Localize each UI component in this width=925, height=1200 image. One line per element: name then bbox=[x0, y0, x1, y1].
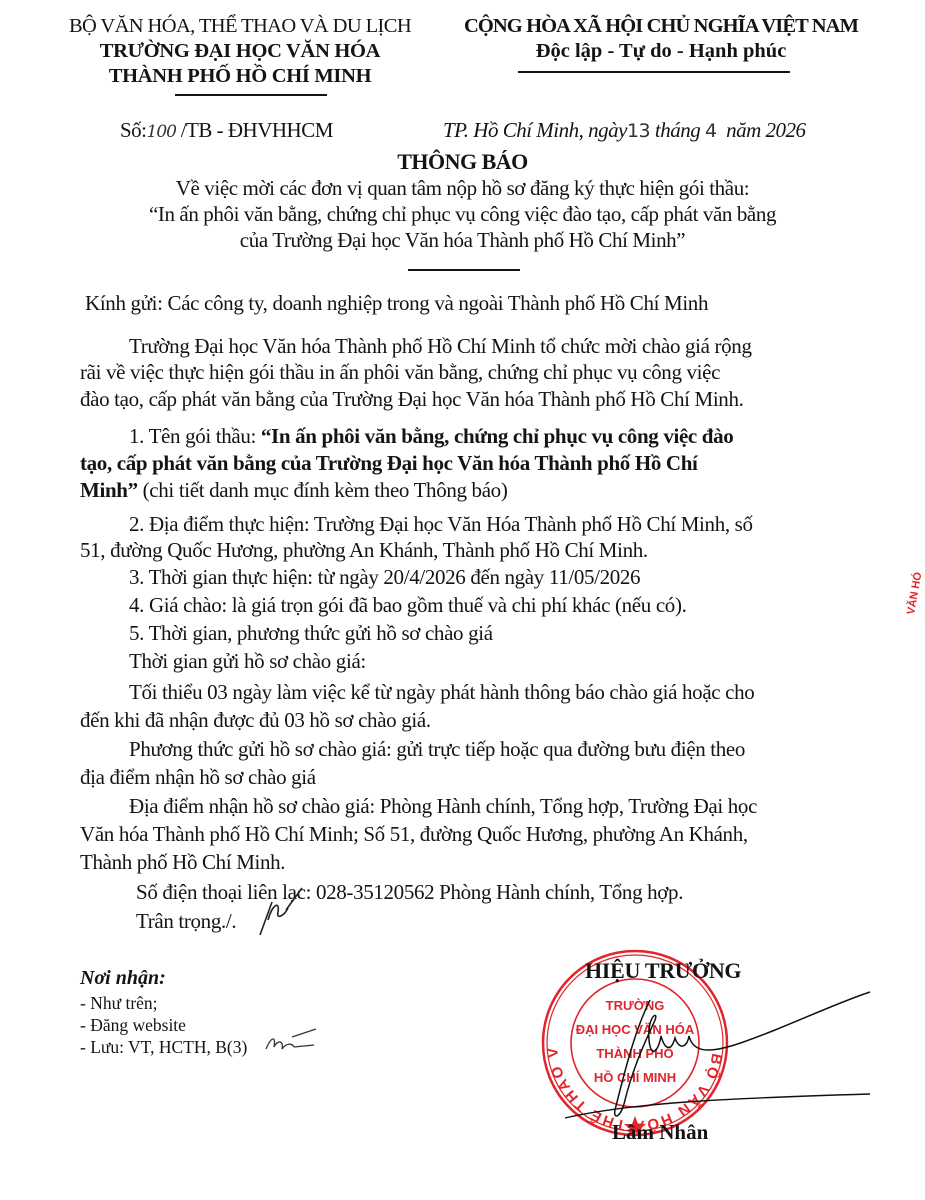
method-text-line-1: Phương thức gửi hồ sơ chào giá: gửi trực… bbox=[129, 737, 745, 762]
document-date: TP. Hồ Chí Minh, ngày13 tháng 4 năm 2026 bbox=[443, 118, 806, 143]
title-divider bbox=[408, 269, 520, 271]
subject-line-3: của Trường Đại học Văn hóa Thành phố Hồ … bbox=[0, 228, 925, 253]
location-text-line-2: Văn hóa Thành phố Hồ Chí Minh; Số 51, đư… bbox=[80, 822, 748, 847]
location-text-line-1: Địa điểm nhận hồ sơ chào giá: Phòng Hành… bbox=[129, 794, 757, 819]
recipient-item: - Đăng website bbox=[80, 1015, 186, 1036]
ministry-name: BỘ VĂN HÓA, THỂ THAO VÀ DU LỊCH bbox=[40, 14, 440, 39]
initials-signature-icon bbox=[250, 880, 310, 940]
item3: 3. Thời gian thực hiện: từ ngày 20/4/202… bbox=[129, 565, 640, 590]
document-number: Số:100 /TB - ĐHVHHCM bbox=[120, 118, 333, 143]
subject-line-1: Về việc mời các đơn vị quan tâm nộp hồ s… bbox=[0, 176, 925, 201]
subject-line-2: “In ấn phôi văn bằng, chứng chỉ phục vụ … bbox=[0, 202, 925, 227]
header-left-divider bbox=[175, 94, 327, 96]
item4: 4. Giá chào: là giá trọn gói đã bao gồm … bbox=[129, 593, 686, 618]
contact-phone: Số điện thoại liên lạc: 028-35120562 Phò… bbox=[136, 880, 683, 905]
item1-line-3: Minh” (chi tiết danh mục đính kèm theo T… bbox=[80, 478, 507, 503]
document-title: THÔNG BÁO bbox=[0, 149, 925, 175]
location-text-line-3: Thành phố Hồ Chí Minh. bbox=[80, 850, 285, 875]
time-text-line-1: Tối thiểu 03 ngày làm việc kể từ ngày ph… bbox=[129, 680, 754, 705]
addressee: Kính gửi: Các công ty, doanh nghiệp tron… bbox=[85, 291, 708, 316]
item1-line-1: 1. Tên gói thầu: “In ấn phôi văn bằng, c… bbox=[129, 424, 733, 449]
recipient-item: - Lưu: VT, HCTH, B(3) bbox=[80, 1037, 247, 1058]
handwritten-signature-icon bbox=[555, 990, 875, 1130]
svg-text:VĂN HÓ: VĂN HÓ bbox=[904, 571, 924, 616]
item5: 5. Thời gian, phương thức gửi hồ sơ chào… bbox=[129, 621, 493, 646]
nation-name: CỘNG HÒA XÃ HỘI CHỦ NGHĨA VIỆT NAM bbox=[430, 14, 892, 39]
national-motto: Độc lập - Tự do - Hạnh phúc bbox=[430, 39, 892, 64]
time-text-line-2: đến khi đã nhận được đủ 03 hồ sơ chào gi… bbox=[80, 708, 431, 733]
signer-title: HIỆU TRƯỞNG bbox=[585, 958, 741, 984]
handwritten-number: 100 bbox=[147, 122, 176, 142]
national-header: CỘNG HÒA XÃ HỘI CHỦ NGHĨA VIỆT NAM Độc l… bbox=[430, 14, 892, 64]
item1-line-2: tạo, cấp phát văn bằng của Trường Đại họ… bbox=[80, 451, 698, 476]
recipient-item: - Như trên; bbox=[80, 993, 158, 1014]
intro-line-3: đào tạo, cấp phát văn bằng của Trường Đạ… bbox=[80, 387, 744, 412]
archive-initials-icon bbox=[262, 1025, 320, 1055]
item2-line-2: 51, đường Quốc Hương, phường An Khánh, T… bbox=[80, 538, 648, 563]
partial-seal-edge-icon: VĂN HÓ bbox=[900, 545, 925, 675]
handwritten-month: 4 bbox=[705, 120, 717, 142]
package-name: “In ấn phôi văn bằng, chứng chỉ phục vụ … bbox=[261, 424, 734, 448]
handwritten-day: 13 bbox=[627, 120, 650, 142]
signer-name: Lâm Nhân bbox=[612, 1120, 708, 1145]
header-right-divider bbox=[518, 71, 790, 73]
intro-line-1: Trường Đại học Văn hóa Thành phố Hồ Chí … bbox=[129, 334, 841, 359]
issuing-authority: BỘ VĂN HÓA, THỂ THAO VÀ DU LỊCH TRƯỜNG Đ… bbox=[40, 14, 440, 89]
intro-line-2: rãi về việc thực hiện gói thầu in ấn phô… bbox=[80, 360, 720, 385]
time-label: Thời gian gửi hồ sơ chào giá: bbox=[129, 649, 366, 674]
method-text-line-2: địa điểm nhận hồ sơ chào giá bbox=[80, 765, 316, 790]
item2-line-1: 2. Địa điểm thực hiện: Trường Đại học Vă… bbox=[129, 512, 753, 537]
school-name-line2: THÀNH PHỐ HỒ CHÍ MINH bbox=[40, 64, 440, 89]
recipients-title: Nơi nhận: bbox=[80, 967, 166, 990]
closing: Trân trọng./. bbox=[136, 909, 236, 934]
school-name-line1: TRƯỜNG ĐẠI HỌC VĂN HÓA bbox=[40, 39, 440, 64]
